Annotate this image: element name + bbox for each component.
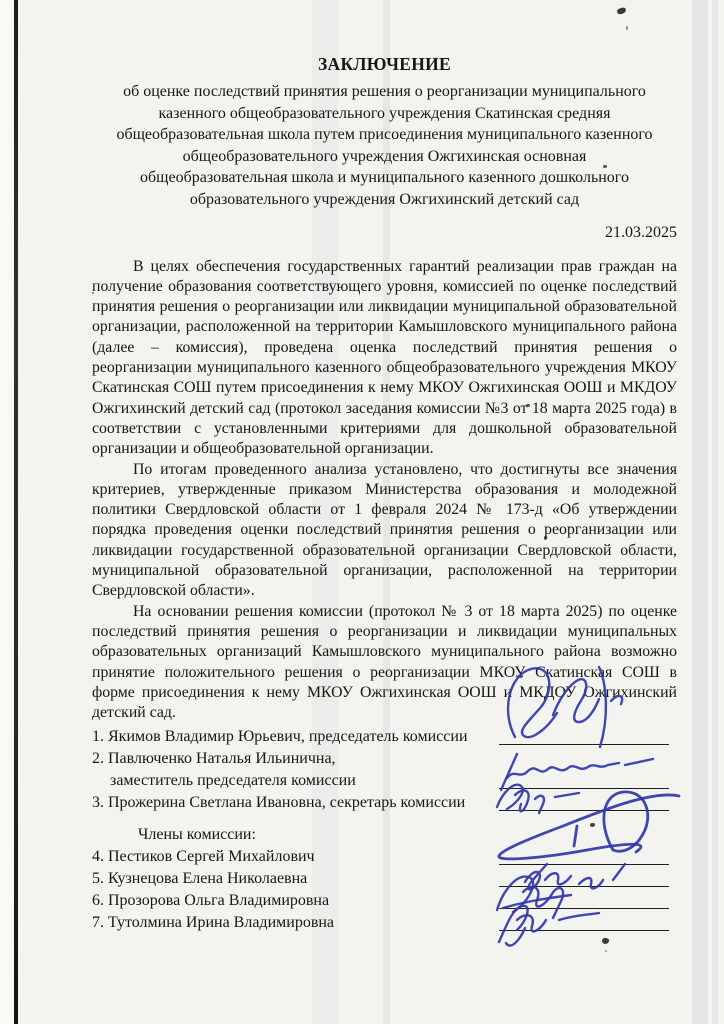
subtitle-line: образовательного учреждения Ожгихинский … [92, 189, 677, 211]
signer-role-label: заместитель председателя комиссии [92, 772, 356, 789]
scan-streak [692, 0, 708, 1024]
scanned-document-page: ЗАКЛЮЧЕНИЕ об оценке последствий приняти… [0, 0, 724, 1024]
signer-row-member: 7. Тутолмина Ирина Владимировна [92, 912, 677, 934]
paragraph-2: По итогам проведенного анализа установле… [92, 460, 677, 602]
document-date: 21.03.2025 [92, 224, 677, 242]
scan-streak [712, 0, 718, 1024]
signer-label: 7. Тутолмина Ирина Владимировна [92, 914, 334, 931]
document-title: ЗАКЛЮЧЕНИЕ [92, 54, 677, 75]
paragraph-1: В целях обеспечения государственных гара… [92, 257, 677, 460]
signature-line [499, 930, 669, 932]
scan-speck [626, 26, 628, 30]
document-subtitle: об оценке последствий принятия решения о… [92, 81, 677, 211]
scan-speck [605, 950, 607, 952]
subtitle-line: общеобразовательная школа и муниципально… [92, 167, 677, 189]
document-content: ЗАКЛЮЧЕНИЕ об оценке последствий приняти… [92, 54, 677, 934]
signature-tutolmina-icon [483, 886, 618, 944]
subtitle-line: общеобразовательного учреждения Ожгихинс… [92, 146, 677, 168]
signer-label: 6. Прозорова Ольга Владимировна [92, 892, 329, 909]
signer-label: 4. Пестиков Сергей Михайлович [92, 848, 315, 865]
signer-label: 3. Прожерина Светлана Ивановна, секретар… [92, 794, 465, 811]
subtitle-line: казенного общеобразовательного учреждени… [92, 103, 677, 125]
signature-block: 1. Якимов Владимир Юрьевич, председатель… [92, 726, 677, 934]
signer-label: 2. Павлюченко Наталья Ильинична, [92, 750, 336, 767]
scan-fold-line [14, 0, 18, 1024]
subtitle-line: об оценке последствий принятия решения о… [92, 81, 677, 103]
scan-speck [616, 7, 626, 15]
signature-yakimov-icon [491, 659, 661, 751]
subtitle-line: общеобразовательная школа путем присоеди… [92, 124, 677, 146]
signer-label: 1. Якимов Владимир Юрьевич, председатель… [92, 728, 468, 745]
scan-edge-strip [0, 0, 14, 1024]
signer-label: 5. Кузнецова Елена Николаевна [92, 870, 307, 887]
